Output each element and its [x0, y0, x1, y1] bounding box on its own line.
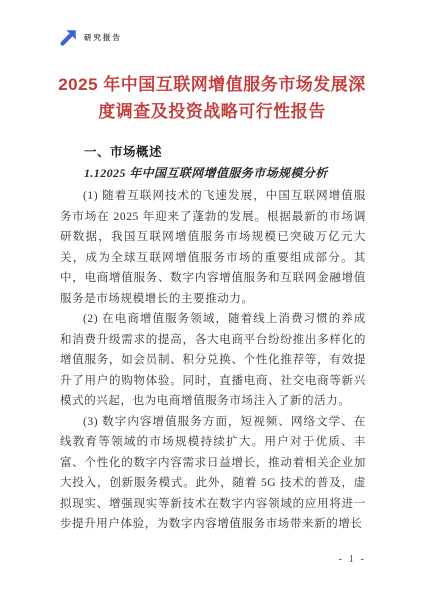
brand-logo: 研究报告 — [60, 29, 122, 46]
report-title: 2025 年中国互联网增值服务市场发展深度调查及投资战略可行性报告 — [56, 71, 368, 125]
page-number: - 1 - — [339, 554, 367, 565]
arrow-up-right-icon — [60, 29, 77, 46]
sub-heading: 1.12025 年中国互联网增值服务市场规模分析 — [84, 164, 328, 181]
paragraph-2: (2) 在电商增值服务领域，随着线上消费习惯的养成和消费升级需求的提高，各大电商… — [60, 309, 366, 412]
logo-label: 研究报告 — [84, 32, 122, 43]
report-body: (1) 随着互联网技术的飞速发展，中国互联网增值服务市场在 2025 年迎来了蓬… — [60, 186, 366, 535]
section-heading: 一、市场概述 — [84, 142, 162, 160]
report-page: 研究报告 2025 年中国互联网增值服务市场发展深度调查及投资战略可行性报告 一… — [0, 0, 424, 600]
paragraph-1: (1) 随着互联网技术的飞速发展，中国互联网增值服务市场在 2025 年迎来了蓬… — [60, 186, 366, 309]
paragraph-3: (3) 数字内容增值服务方面，短视频、网络文学、在线教育等领域的市场规模持续扩大… — [60, 412, 366, 535]
